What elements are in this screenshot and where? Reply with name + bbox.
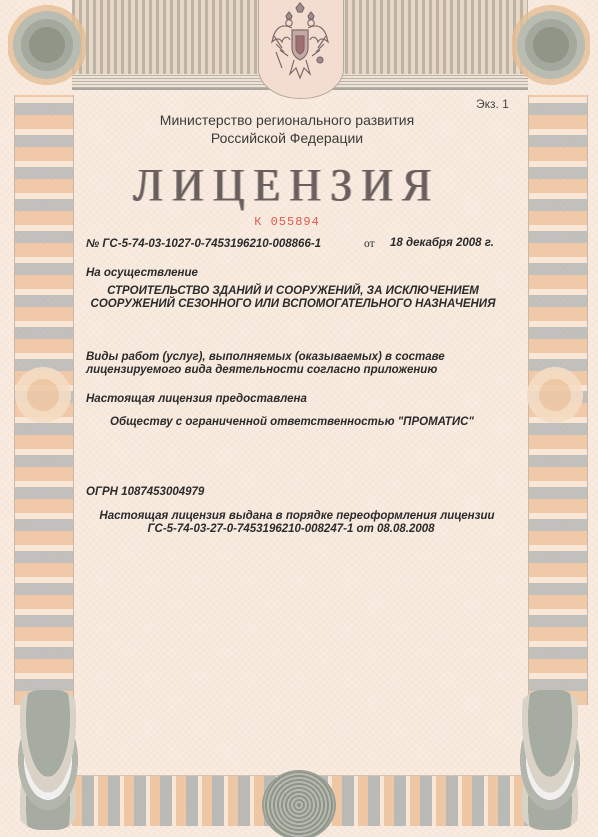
reissue-line-2: ГС-5-74-03-27-0-7453196210-008247-1 от 0…	[0, 523, 590, 535]
works-line-1: Виды работ (услуг), выполняемых (оказыва…	[86, 351, 445, 363]
issue-date: 18 декабря 2008 г.	[390, 237, 494, 249]
bottom-right-rosette-ornament	[508, 690, 592, 830]
bottom-center-rosette-ornament	[262, 770, 336, 837]
top-right-rosette-ornament	[512, 0, 590, 90]
granted-label: Настоящая лицензия предоставлена	[86, 393, 307, 405]
top-left-rosette-ornament	[8, 0, 86, 90]
copy-number: Экз. 1	[476, 97, 509, 111]
bottom-left-rosette-ornament	[6, 690, 90, 830]
document-title: ЛИЦЕНЗИЯ	[0, 159, 586, 213]
double-headed-eagle-icon	[268, 2, 332, 86]
issuer-line-1: Министерство регионального развития	[0, 112, 586, 128]
right-medallion-ornament	[522, 360, 588, 430]
reissue-line-1: Настоящая лицензия выдана в порядке пере…	[0, 510, 596, 522]
date-prefix: от	[364, 238, 375, 250]
activity-line-1: СТРОИТЕЛЬСТВО ЗДАНИЙ И СООРУЖЕНИЙ, ЗА ИС…	[0, 285, 592, 297]
activity-label: На осуществление	[86, 267, 198, 279]
ogrn-number: ОГРН 1087453004979	[86, 486, 204, 498]
issuer-line-2: Российской Федерации	[0, 130, 586, 146]
serial-number: К 055894	[0, 215, 586, 229]
left-medallion-ornament	[10, 360, 76, 430]
license-page: Экз. 1 Министерство регионального развит…	[0, 0, 598, 837]
license-number: № ГС-5-74-03-1027-0-7453196210-008866-1	[86, 238, 321, 250]
company-name: Обществу с ограниченной ответственностью…	[110, 416, 474, 428]
activity-line-2: СООРУЖЕНИЙ СЕЗОННОГО ИЛИ ВСПОМОГАТЕЛЬНОГ…	[0, 298, 592, 310]
works-line-2: лицензируемого вида деятельности согласн…	[86, 364, 437, 376]
